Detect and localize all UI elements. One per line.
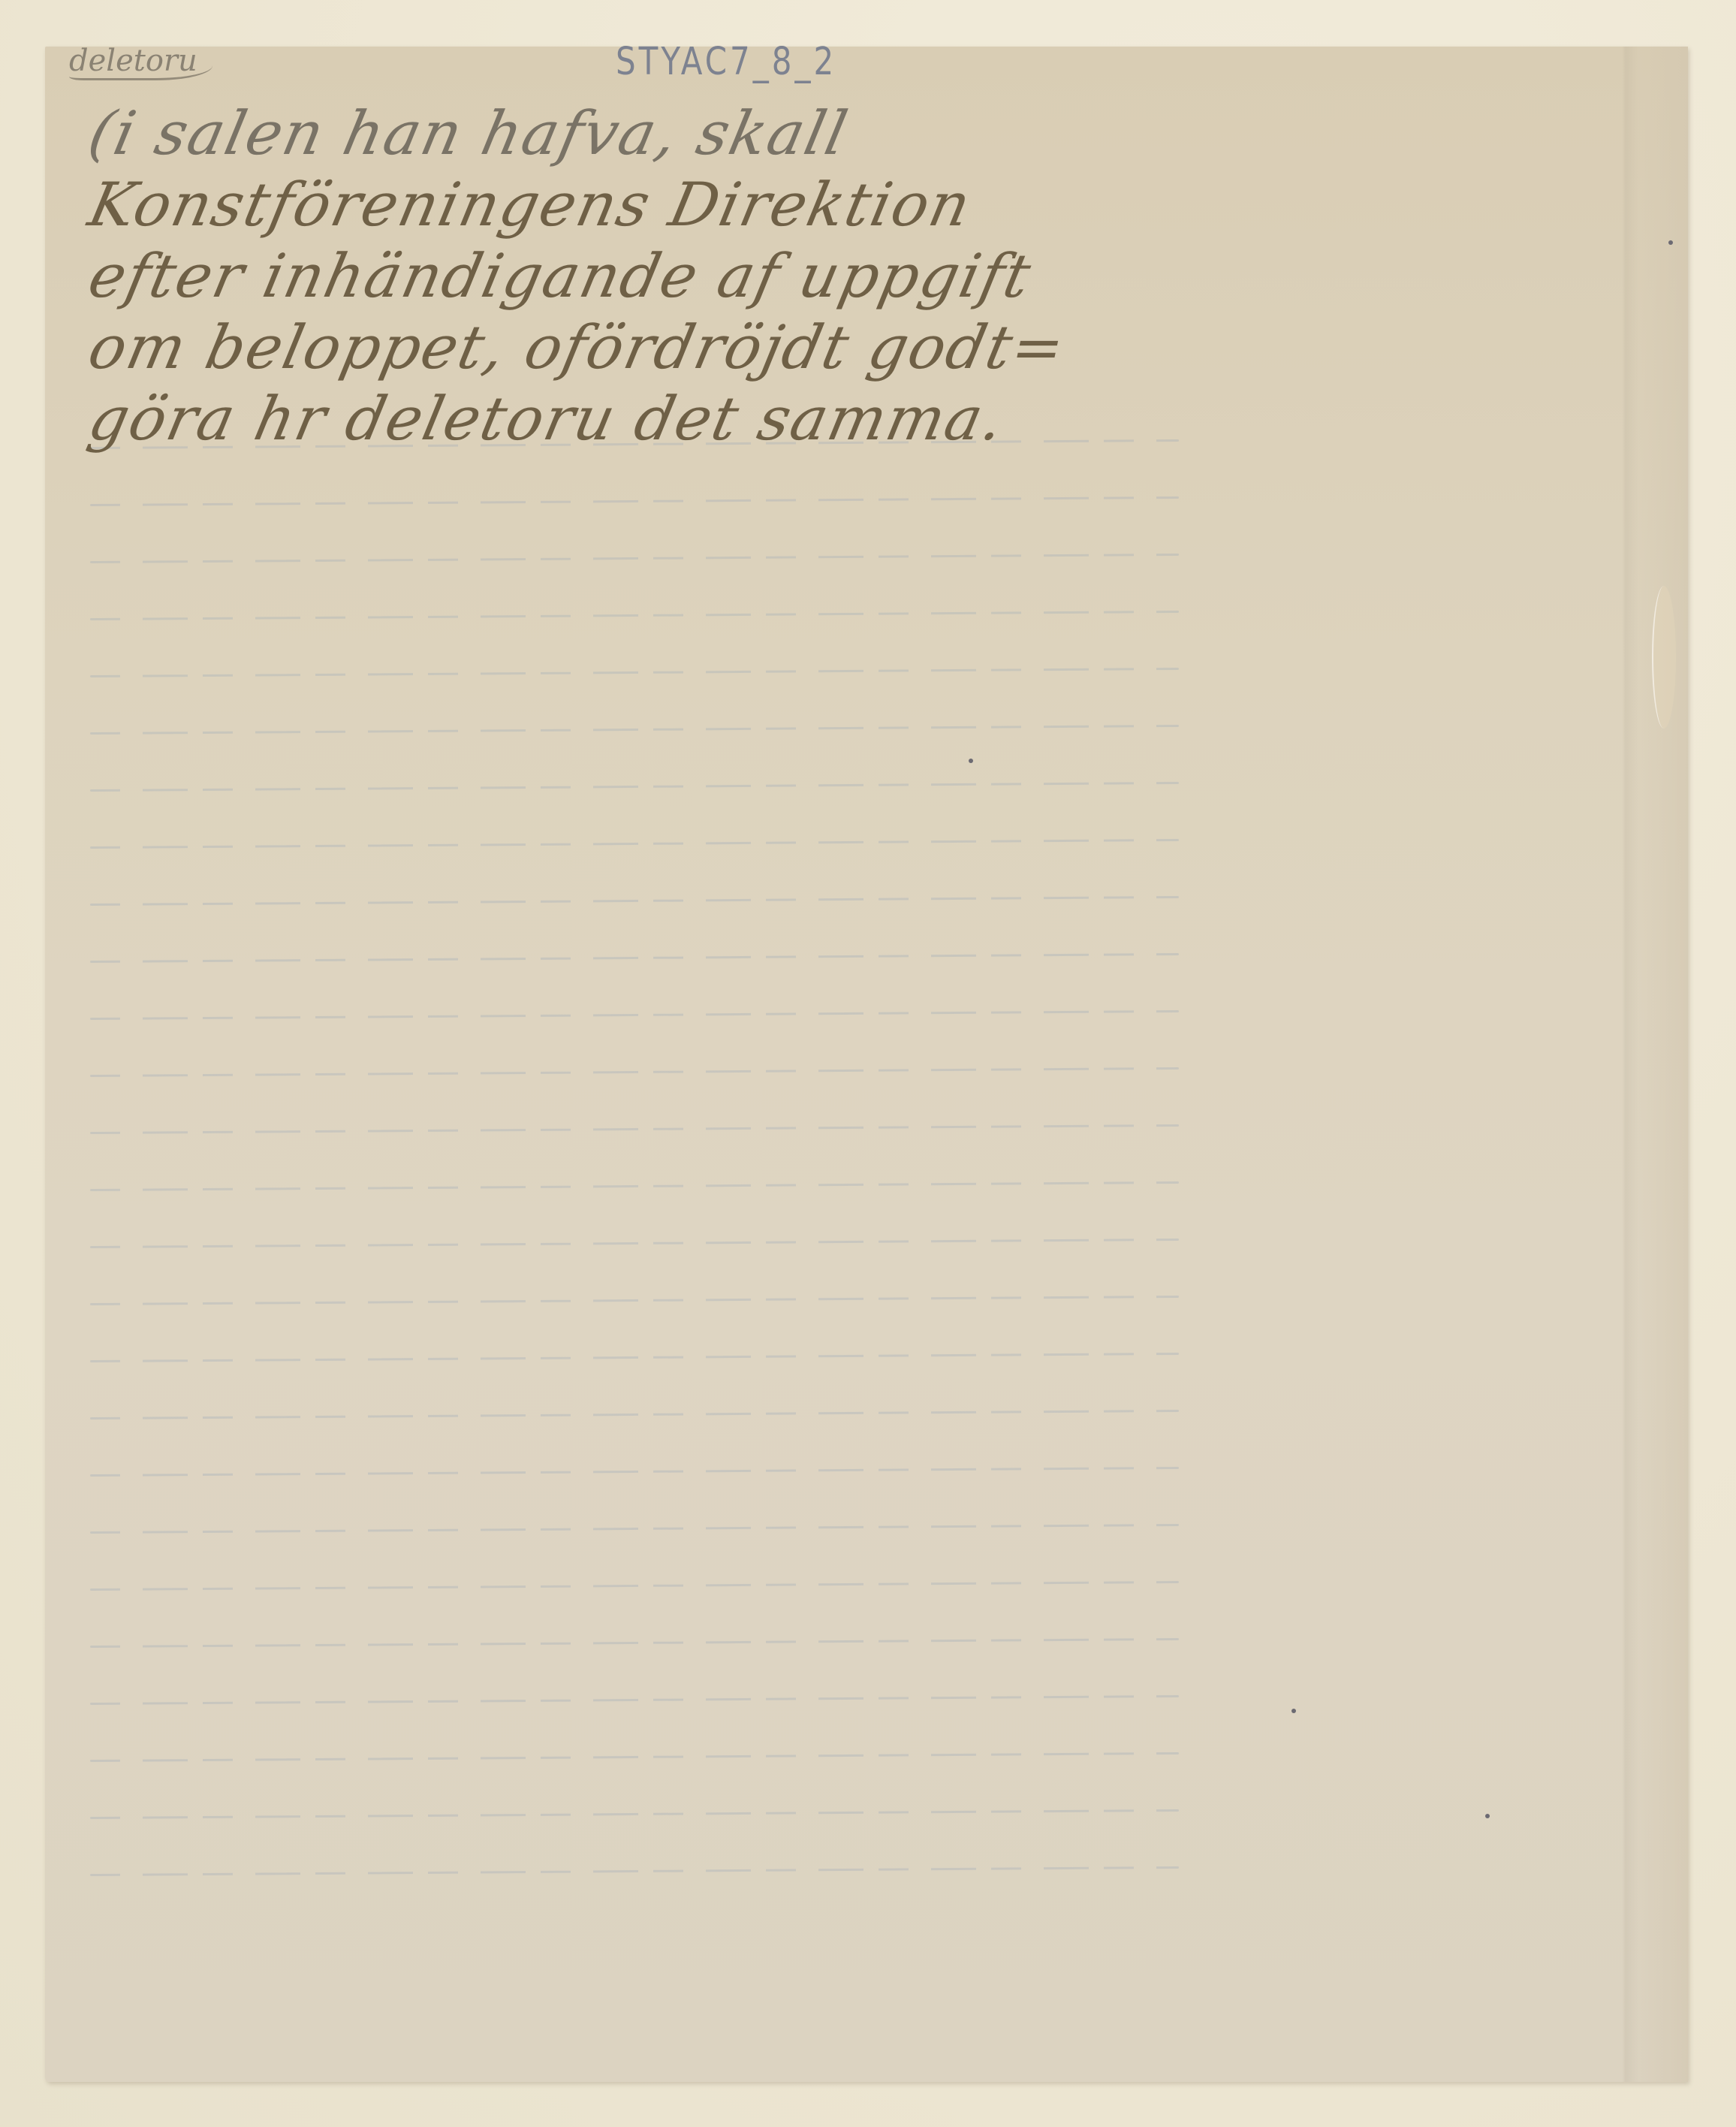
ink-speck [1668,240,1673,245]
handwritten-line-3: efter inhändigande af uppgift [83,240,1224,312]
ink-speck [969,759,973,763]
ink-speck [1291,1709,1296,1713]
paper-tear-edge [1652,586,1676,729]
handwritten-line-1: (i salen han hafva, skall [83,98,1224,169]
margin-note: deletoru [69,44,212,80]
shelfmark-label: STYAC7_8_2 [616,39,836,83]
ink-speck [1485,1814,1490,1818]
handwritten-line-5: göra hr deletoru det samma. [83,383,1224,454]
handwritten-line-4: om beloppet, ofördröjdt godt= [83,312,1224,383]
handwritten-text-block: (i salen han hafva, skall Konstföreninge… [83,98,1209,454]
handwritten-line-2: Konstföreningens Direktion [83,169,1224,240]
